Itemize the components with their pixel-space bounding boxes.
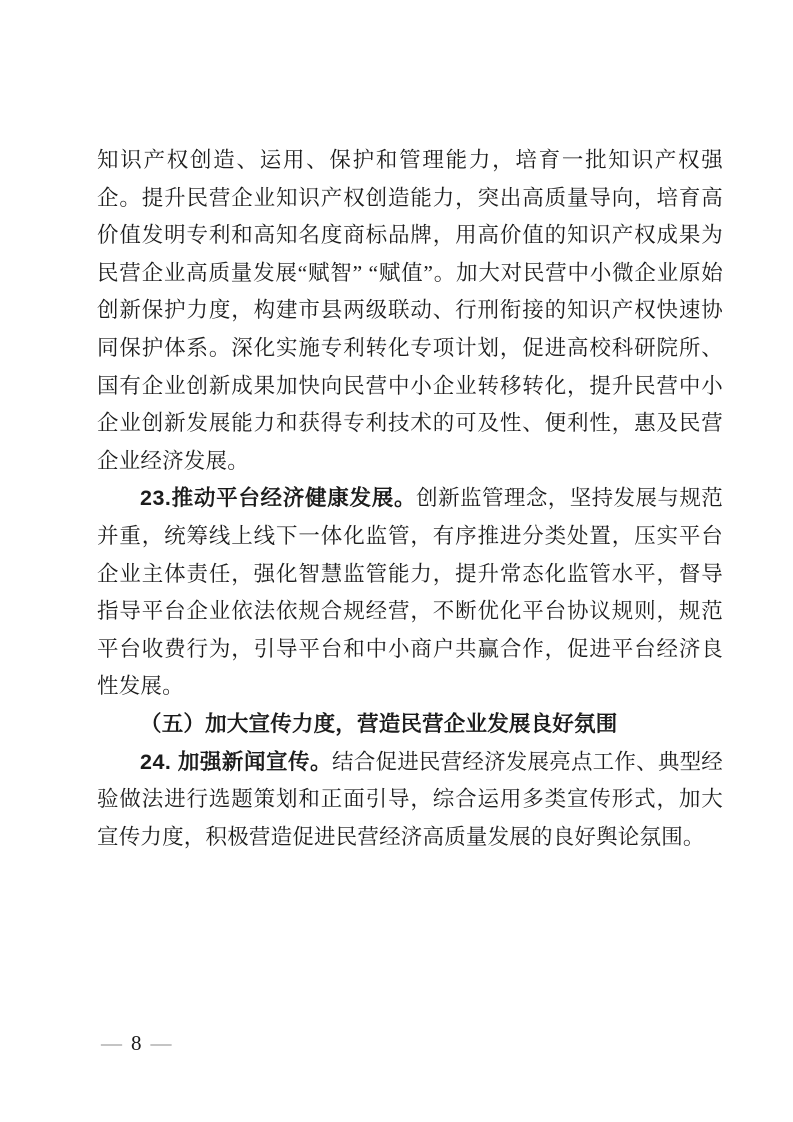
section-5-heading: （五）加大宣传力度，营造民营企业发展良好氛围 <box>97 706 723 744</box>
footer-left-dash: — <box>101 1030 122 1056</box>
document-body: 知识产权创造、运用、保护和管理能力，培育一批知识产权强企。提升民营企业知识产权创… <box>97 142 723 856</box>
paragraph-23-body: 创新监管理念，坚持发展与规范并重，统筹线上线下一体化监管，有序推进分类处置，压实… <box>97 486 723 698</box>
paragraph-23-heading: 23.推动平台经济健康发展。 <box>140 486 416 510</box>
page-footer: — 8 — <box>101 1030 172 1056</box>
paragraph-23: 23.推动平台经济健康发展。创新监管理念，坚持发展与规范并重，统筹线上线下一体化… <box>97 480 723 706</box>
paragraph-24: 24. 加强新闻宣传。结合促进民营经济发展亮点工作、典型经验做法进行选题策划和正… <box>97 744 723 857</box>
paragraph-continuation: 知识产权创造、运用、保护和管理能力，培育一批知识产权强企。提升民营企业知识产权创… <box>97 142 723 480</box>
document-page: 知识产权创造、运用、保护和管理能力，培育一批知识产权强企。提升民营企业知识产权创… <box>0 0 793 1122</box>
page-number: 8 <box>131 1030 142 1056</box>
paragraph-24-heading: 24. 加强新闻宣传。 <box>140 750 332 774</box>
footer-right-dash: — <box>151 1030 172 1056</box>
